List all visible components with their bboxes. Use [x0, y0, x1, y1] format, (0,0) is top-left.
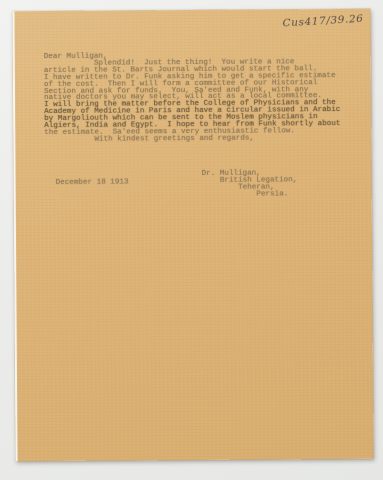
letter-body: Dear Mulligan, Splendid! Just the thing!…	[44, 52, 350, 144]
scan-background: Cus417/39.26 Dear Mulligan, Splendid! Ju…	[0, 0, 383, 480]
signature-block: Dr. Mulligan, British Legation, Teheran,…	[202, 170, 298, 198]
date-line: December 18 1913	[56, 179, 129, 186]
closing-line: With kindest greetings and regards,	[44, 135, 349, 144]
archive-reference-annotation: Cus417/39.26	[282, 13, 364, 30]
signature-country-line: Persia.	[202, 191, 298, 199]
letter-paper: Cus417/39.26 Dear Mulligan, Splendid! Ju…	[12, 9, 373, 461]
